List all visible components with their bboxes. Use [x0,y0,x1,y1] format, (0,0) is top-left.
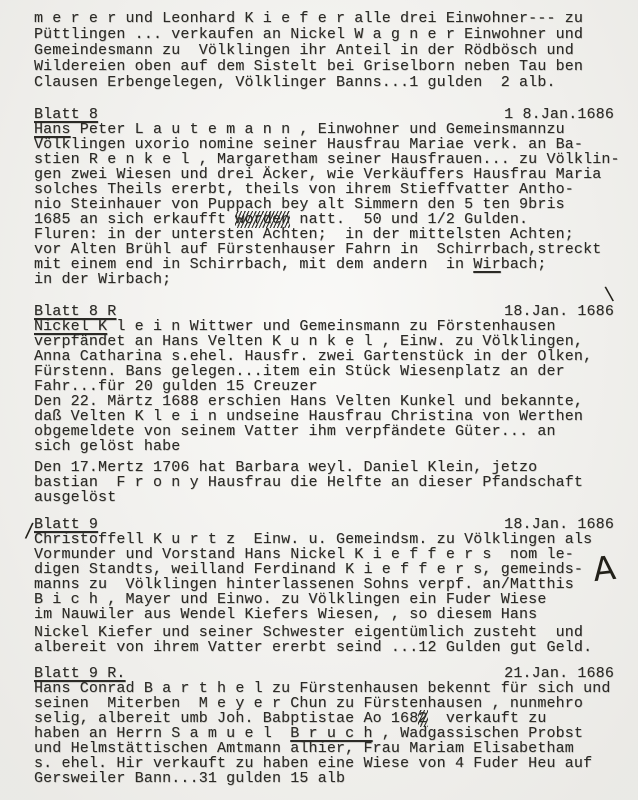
text-segment: im Nauwiler aus Wendel Kiefers Wiesen, ,… [34,606,537,623]
entry-date: 18.Jan. 1686 [504,517,614,532]
text-line: ausgelöst [34,490,614,505]
text-line: albereit von ihrem Vatter ererbt seind .… [34,640,614,655]
text-segment: Gersweiler Bann...31 gulden 15 alb [34,770,345,787]
text-line: Fluren: in der untersten Achten; in der … [34,227,614,242]
text-line: s. ehel. Hir verkauft zu haben eine Wies… [34,756,614,771]
text-line: Anna Catharina s.ehel. Hausfr. zwei Gart… [34,349,614,364]
text-line: nio Steinhauer von Puppach bey alt Simme… [34,197,614,212]
text-line: im Nauwiler aus Wendel Kiefers Wiesen, ,… [34,607,614,622]
text-line: B i c h , Mayer und Einwo. zu Völklingen… [34,592,614,607]
text-segment: in der Wirbach; [34,271,171,288]
text-segment: Gemeindesmann zu Völklingen ihr Anteil i… [34,42,574,59]
text-line: vor Alten Brühl auf Fürstenhauser Fahrn … [34,242,614,257]
entry-heading: Blatt 8 R [34,304,116,319]
text-line: gen zwei Wiesen und drei Äcker, wie Verk… [34,167,614,182]
text-segment: Wir [473,256,500,273]
text-line: Clausen Erbengelegen, Völklinger Banns..… [34,75,614,91]
text-line: m e r e r und Leonhard K i e f e r alle … [34,11,614,27]
text-line: Nickel Kiefer und seiner Schwester eigen… [34,625,614,640]
text-line: Nickel K l e i n Wittwer und Gemeinsmann… [34,319,614,334]
text-line: mit einem end in Schirrbach, mit dem and… [34,257,614,272]
text-line: stien R e n k e l , Margaretham seiner H… [34,152,614,167]
entry-heading: Blatt 9 [34,517,98,532]
text-line: Christoffell K u r t z Einw. u. Gemeinds… [34,532,614,547]
document-page: m e r e r und Leonhard K i e f e r alle … [0,0,638,800]
text-line: und Helmstättischen Amtmann alhier, Frau… [34,741,614,756]
blatt-8: Blatt 81 8.Jan.1686Hans Peter L a u t e … [34,107,614,287]
text-line: Gemeindesmann zu Völklingen ihr Anteil i… [34,43,614,59]
entry-date: 1 8.Jan.1686 [504,107,614,122]
blatt-9-fortsetzung: Nickel Kiefer und seiner Schwester eigen… [34,625,614,655]
entry-heading-row: Blatt 81 8.Jan.1686 [34,107,614,122]
text-segment: albereit von ihrem Vatter ererbt seind .… [34,639,592,656]
text-line: selig, albereit umb Joh. Babptistae Ao 1… [34,711,614,726]
text-line: Hans Conrad B a r t h e l zu Fürstenhaus… [34,681,614,696]
text-line: Hans Peter L a u t e m a n n , Einwohner… [34,122,614,137]
text-line: solches Theils ererbt, theils von ihrem … [34,182,614,197]
text-segment: bach; [501,256,547,273]
text-line: in der Wirbach; [34,272,614,287]
entry-heading-row: Blatt 8 R18.Jan. 1686 [34,304,614,319]
text-line: obgemeldete von seinem Vatter ihm verpfä… [34,424,614,439]
text-line: Den 22. Märtz 1688 erschien Hans Velten … [34,394,614,409]
text-segment: ausgelöst [34,489,116,506]
document-text: m e r e r und Leonhard K i e f e r alle … [34,11,614,786]
text-segment: 2 [418,710,427,727]
pen-slash-mark: / [24,518,34,543]
text-line: daß Velten K l e i n undseine Hausfrau C… [34,409,614,424]
blatt-8r: Blatt 8 R18.Jan. 1686Nickel K l e i n Wi… [34,304,614,454]
text-line: digen Standts, weilland Ferdinand K i e … [34,562,614,577]
nachtrag-1706: Den 17.Mertz 1706 hat Barbara weyl. Dani… [34,460,614,505]
entry-heading: Blatt 8 [34,107,98,122]
text-line: 1685 an sich erkaufft worden natt. 50 un… [34,212,614,227]
text-segment: worden [235,211,290,228]
text-line: Gersweiler Bann...31 gulden 15 alb [34,771,614,786]
text-segment: Clausen Erbengelegen, Völklinger Banns..… [34,74,556,91]
text-line: seinen Miterben M e y e r Chun zu Fürste… [34,696,614,711]
entry-date: 18.Jan. 1686 [504,304,614,319]
blatt-9: Blatt 918.Jan. 1686Christoffell K u r t … [34,517,614,622]
text-line: sich gelöst habe [34,439,614,454]
text-line: Vormunder und Vorstand Hans Nickel K i e… [34,547,614,562]
entry-date: 21.Jan. 1686 [504,666,614,681]
text-line: Püttlingen ... verkaufen an Nickel W a g… [34,27,614,43]
text-line: bastian F r o n y Hausfrau die Helfte an… [34,475,614,490]
text-segment: m e r e r und Leonhard K i e f e r alle … [34,10,583,27]
entry-heading-row: Blatt 9 R.21.Jan. 1686 [34,666,614,681]
text-line: haben an Herrn S a m u e l B r u c h , W… [34,726,614,741]
intro-fragment: m e r e r und Leonhard K i e f e r alle … [34,11,614,91]
text-line: Den 17.Mertz 1706 hat Barbara weyl. Dani… [34,460,614,475]
text-line: manns zu Völklingen hinterlassenen Sohns… [34,577,614,592]
text-line: Fahr...für 20 gulden 15 Creuzer [34,379,614,394]
text-line: Völklingen uxorio nomine seiner Hausfrau… [34,137,614,152]
text-line: Fürstenn. Bans gelegen...item ein Stück … [34,364,614,379]
text-segment: Wildereien oben auf dem Sistelt bei Gris… [34,58,583,75]
text-line: verpfändet an Hans Velten K u n k e l , … [34,334,614,349]
text-line: Wildereien oben auf dem Sistelt bei Gris… [34,59,614,75]
entry-heading-row: Blatt 918.Jan. 1686 [34,517,614,532]
blatt-9r: Blatt 9 R.21.Jan. 1686Hans Conrad B a r … [34,666,614,786]
entry-heading: Blatt 9 R. [34,666,126,681]
text-segment: Püttlingen ... verkaufen an Nickel W a g… [34,26,583,43]
text-segment: sich gelöst habe [34,438,180,455]
